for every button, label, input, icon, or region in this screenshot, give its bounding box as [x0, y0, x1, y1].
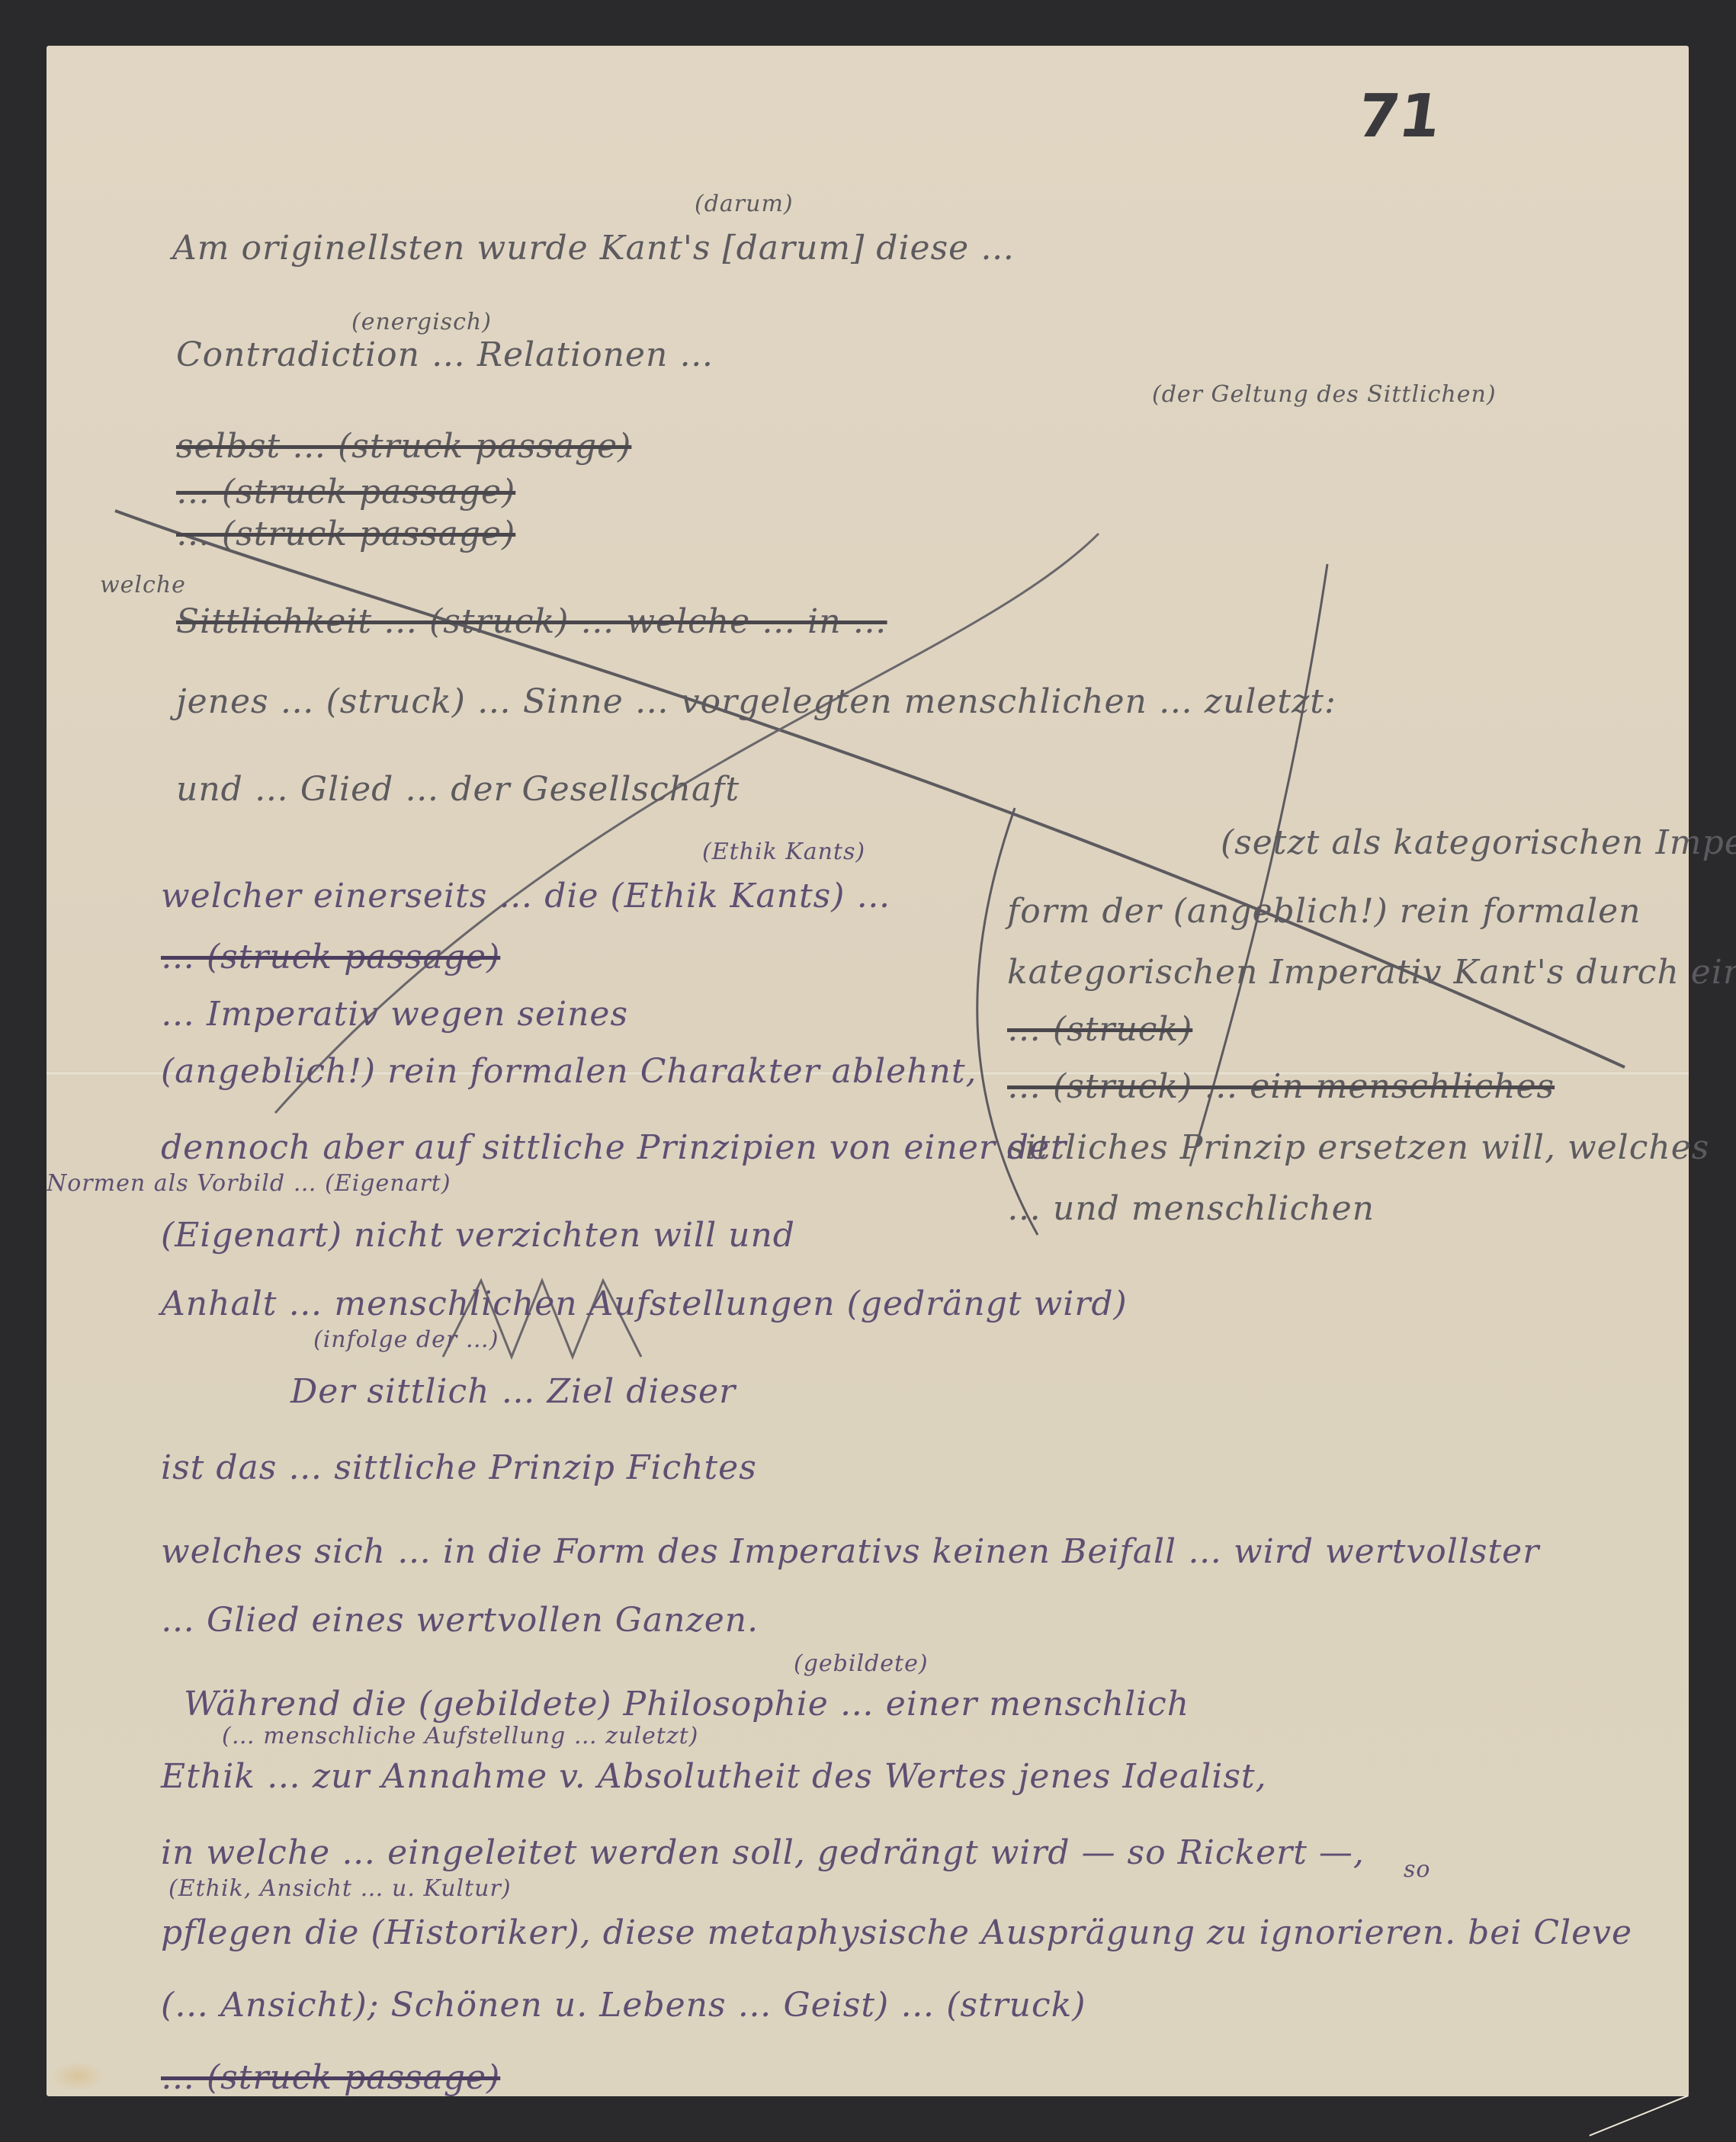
side-column-line: form der (angeblich!) rein formalen [1007, 892, 1641, 931]
side-column-line: … und menschlichen [1007, 1189, 1375, 1228]
manuscript-line: Anhalt … menschlichen Aufstellungen (ged… [161, 1284, 1128, 1323]
marginal-note: (Ethik, Ansicht … u. Kultur) [168, 1875, 512, 1902]
manuscript-line-struck: … (struck passage) [161, 938, 500, 976]
manuscript-line-struck: Sittlichkeit … (struck) … welche … in … [176, 602, 887, 641]
manuscript-line: … Glied eines wertvollen Ganzen. [161, 1601, 759, 1640]
marginal-note: (darum) [695, 191, 794, 217]
marginal-note: (Ethik Kants) [702, 839, 865, 865]
marginal-note: (infolge der …) [313, 1326, 499, 1353]
manuscript-line: pflegen die (Historiker), diese metaphys… [161, 1913, 1632, 1952]
corner-crease [1589, 2095, 1689, 2136]
manuscript-line-struck: selbst … (struck passage) [176, 427, 1625, 466]
side-column-line: kategorischen Imperativ Kant's durch ein… [1007, 953, 1736, 992]
manuscript-line: und … Glied … der Gesellschaft [176, 770, 740, 809]
manuscript-line: jenes … (struck) … Sinne … vorgelegten m… [176, 682, 1336, 721]
manuscript-line-struck: … (struck passage) [176, 515, 515, 553]
manuscript-line: Contradiction … Relationen … [176, 335, 714, 374]
manuscript-line: ist das … sittliche Prinzip Fichtes [161, 1448, 757, 1487]
marginal-note: Normen als Vorbild … (Eigenart) [47, 1170, 451, 1197]
manuscript-line-struck: … (struck passage) [161, 2058, 500, 2097]
manuscript-line: dennoch aber auf sittliche Prinzipien vo… [161, 1128, 1067, 1167]
manuscript-line: welches sich … in die Form des Imperativ… [161, 1532, 1539, 1571]
manuscript-page: 71 Am originellsten wurde Kant's [darum]… [47, 46, 1689, 2096]
folio-number: 71 [1353, 82, 1446, 151]
manuscript-line: (… Ansicht); Schönen u. Lebens … Geist) … [161, 1986, 1086, 2025]
manuscript-line: Ethik … zur Annahme v. Absolutheit des W… [161, 1757, 1267, 1796]
manuscript-line: … Imperativ wegen seines [161, 995, 628, 1034]
manuscript-line: Der sittlich … Ziel dieser [290, 1372, 736, 1411]
marginal-note: (der Geltung des Sittlichen) [1152, 381, 1497, 408]
manuscript-line: (angeblich!) rein formalen Charakter abl… [161, 1052, 977, 1091]
marginal-note: (… menschliche Aufstellung … zuletzt) [222, 1723, 698, 1749]
manuscript-line-struck: … (struck passage) [176, 473, 515, 511]
manuscript-line: welcher einerseits … die (Ethik Kants) … [161, 877, 890, 915]
side-column-line: (setzt als kategorischen Imperativ [1221, 823, 1736, 862]
side-column-line-struck: … (struck) … ein menschliches [1007, 1067, 1555, 1106]
manuscript-line: (Eigenart) nicht verzichten will und [161, 1216, 795, 1255]
marginal-note: so [1404, 1856, 1430, 1883]
marginal-note: (energisch) [351, 309, 492, 335]
manuscript-line: in welche … eingeleitet werden soll, ged… [161, 1833, 1365, 1872]
manuscript-line: Während die (gebildete) Philosophie … ei… [184, 1685, 1189, 1724]
marginal-note: welche [100, 572, 186, 598]
manuscript-line: Am originellsten wurde Kant's [darum] di… [172, 229, 1015, 268]
side-column-line-struck: … (struck) [1007, 1010, 1192, 1049]
paper-stain [51, 2061, 104, 2092]
side-column-line: sittliches Prinzip ersetzen will, welche… [1007, 1128, 1709, 1167]
marginal-note: (gebildete) [794, 1650, 929, 1677]
